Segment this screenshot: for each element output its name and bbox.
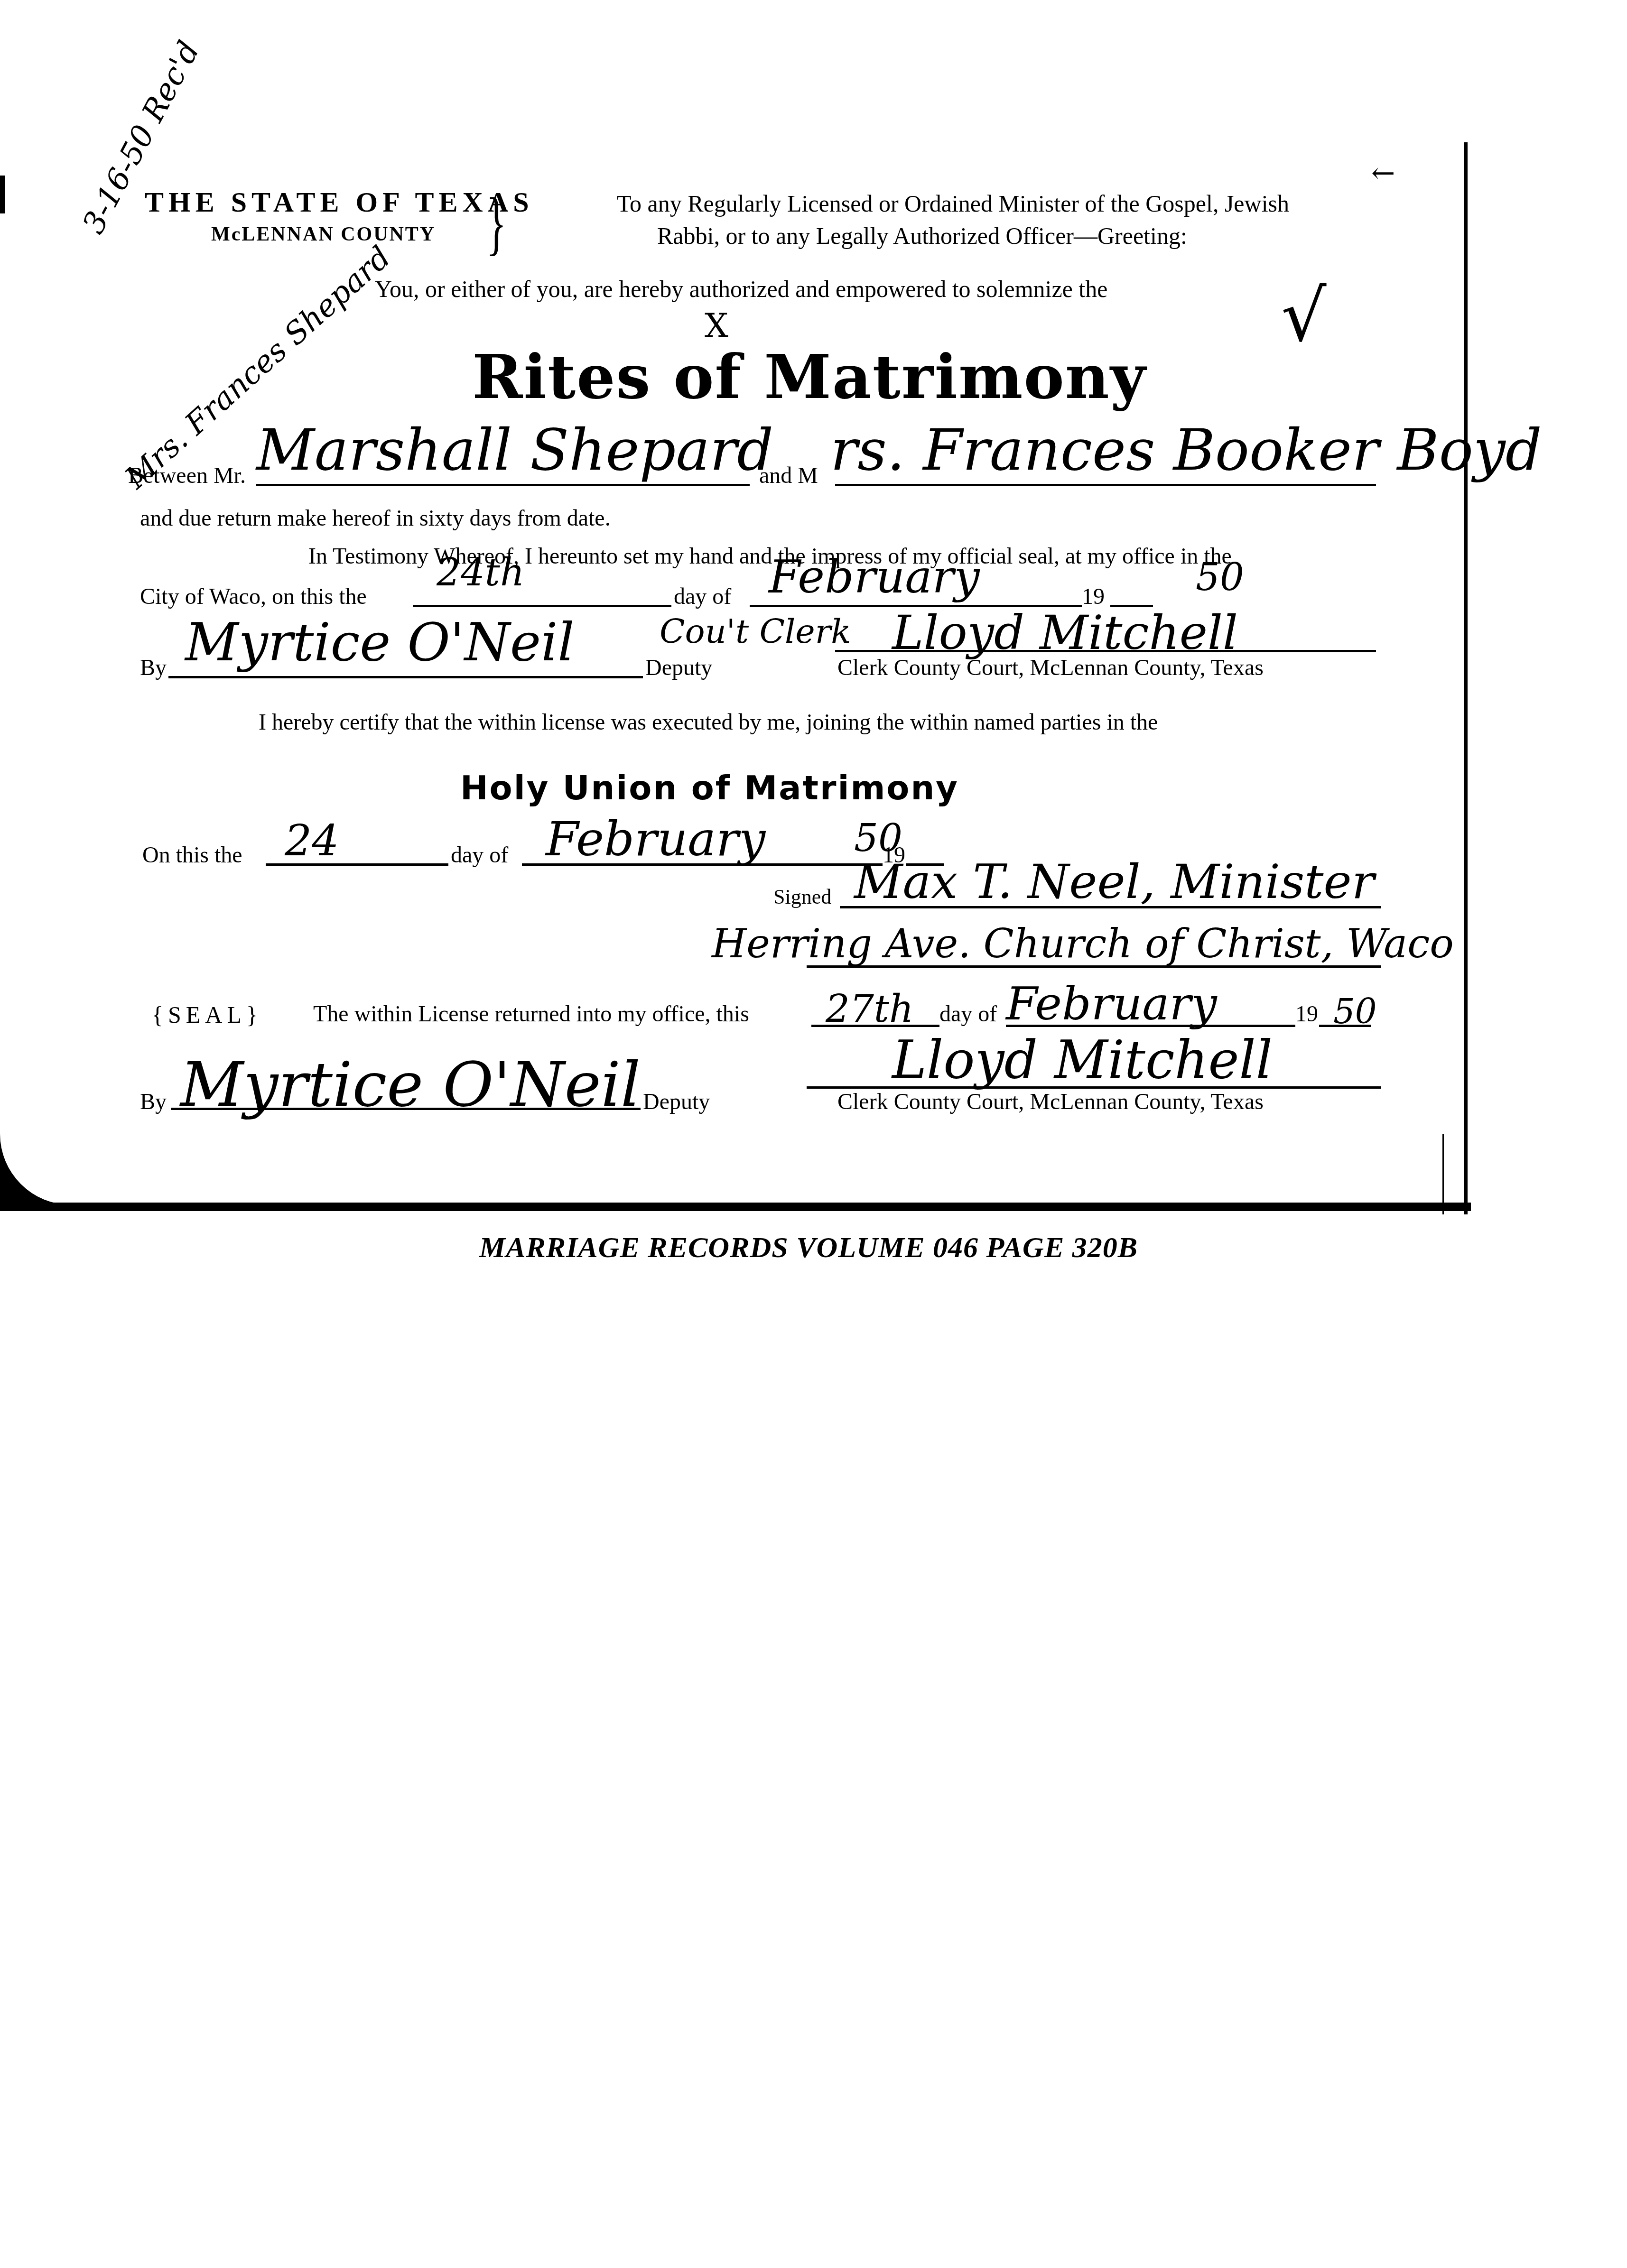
- clerk-mark: Cou't Clerk: [660, 612, 851, 651]
- clerk-signature-2: Lloyd Mitchell: [892, 1029, 1273, 1090]
- x-mark-icon: X: [705, 306, 728, 345]
- groom-line: [256, 484, 750, 486]
- day-of-label: day of: [451, 842, 508, 868]
- clerk-title: Clerk County Court, McLennan County, Tex…: [837, 1089, 1264, 1115]
- header-brace: }: [486, 187, 506, 259]
- by-label: By: [140, 655, 167, 681]
- greeting-line-2: Rabbi, or to any Legally Authorized Offi…: [657, 222, 1187, 250]
- city-label: City of Waco, on this the: [140, 583, 367, 610]
- issue-month: February: [769, 550, 980, 603]
- bride-name: rs. Frances Booker Boyd: [830, 417, 1542, 483]
- clerk-signature: Lloyd Mitchell: [892, 605, 1238, 660]
- church-name: Herring Ave. Church of Christ, Waco: [712, 920, 1454, 967]
- deputy-signature-line: [168, 676, 643, 678]
- issue-day: 24th: [437, 550, 524, 594]
- deputy-signature: Myrtice O'Neil: [185, 612, 575, 673]
- issue-year: 50: [1196, 555, 1244, 599]
- record-caption: MARRIAGE RECORDS VOLUME 046 PAGE 320B: [479, 1231, 1138, 1265]
- page-right-border: [1464, 142, 1468, 1214]
- arrow-mark-icon: ←: [1371, 157, 1395, 190]
- issue-day-line: [413, 605, 671, 607]
- day-of-label: day of: [939, 1001, 997, 1027]
- minister-signature: Max T. Neel, Minister: [854, 854, 1374, 909]
- certify-text: I hereby certify that the within license…: [259, 709, 1158, 735]
- scan-edge-mark: [0, 176, 5, 213]
- state-title: THE STATE OF TEXAS: [145, 186, 534, 219]
- year-prefix: 19: [1295, 1001, 1318, 1027]
- deputy-label: Deputy: [645, 655, 712, 681]
- return-month: February: [1006, 977, 1217, 1030]
- due-return-text: and due return make hereof in sixty days…: [140, 505, 611, 531]
- deputy-signature-2: Myrtice O'Neil: [180, 1048, 641, 1120]
- greeting-line-1: To any Regularly Licensed or Ordained Mi…: [617, 190, 1289, 217]
- ceremony-day: 24: [285, 816, 339, 866]
- by-label: By: [140, 1089, 167, 1115]
- ceremony-month: February: [546, 811, 765, 867]
- page-bottom-border: [28, 1203, 1471, 1211]
- check-mark-icon: √: [1281, 275, 1327, 358]
- groom-name: Marshall Shepard: [256, 417, 773, 483]
- authorize-text: You, or either of you, are hereby author…: [375, 275, 1107, 303]
- seal-label: {SEAL}: [152, 1001, 262, 1028]
- county-title: McLENNAN COUNTY: [211, 223, 436, 246]
- signed-label: Signed: [773, 885, 831, 909]
- return-year: 50: [1333, 991, 1377, 1031]
- bride-line: [835, 484, 1376, 486]
- return-day: 27th: [826, 987, 913, 1031]
- day-of-label: day of: [674, 583, 731, 610]
- rites-title: Rites of Matrimony: [472, 342, 1146, 413]
- deputy-label: Deputy: [643, 1089, 710, 1115]
- returned-text: The within License returned into my offi…: [313, 1001, 749, 1027]
- on-this-label: On this the: [142, 842, 242, 868]
- holy-union-title: Holy Union of Matrimony: [460, 768, 959, 807]
